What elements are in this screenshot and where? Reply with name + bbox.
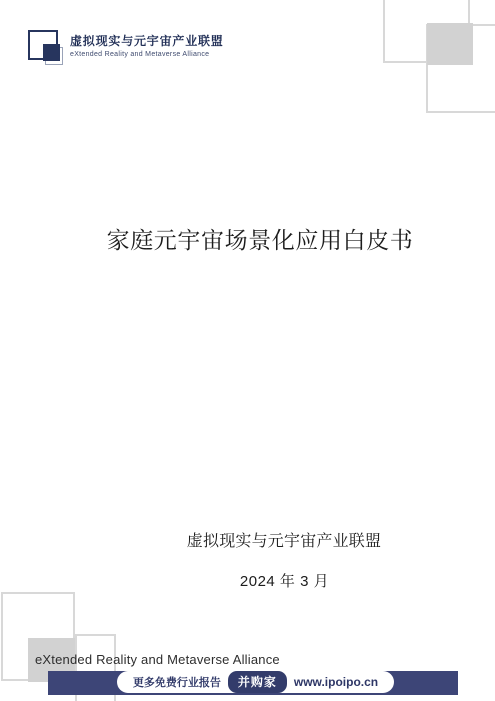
logo-solid-square: [43, 44, 60, 61]
alliance-name-en: eXtended Reality and Metaverse Alliance: [70, 51, 224, 58]
promo-label: 更多免费行业报告: [133, 674, 221, 690]
cover-organization: 虚拟现实与元宇宙产业联盟: [73, 528, 495, 551]
website-link[interactable]: www.ipoipo.cn: [294, 675, 378, 689]
alliance-logo: 虚拟现实与元宇宙产业联盟 eXtended Reality and Metave…: [28, 30, 224, 64]
alliance-logo-squares-icon: [28, 30, 62, 64]
cover-title: 家庭元宇宙场景化应用白皮书: [25, 222, 495, 255]
brand-badge[interactable]: 并购家: [228, 671, 287, 693]
alliance-logo-text: 虚拟现实与元宇宙产业联盟 eXtended Reality and Metave…: [70, 30, 224, 64]
footer-promo-bar: 更多免费行业报告 并购家 www.ipoipo.cn: [48, 671, 458, 695]
whitepaper-cover-page: 虚拟现实与元宇宙产业联盟 eXtended Reality and Metave…: [0, 0, 495, 701]
footer-alliance-name-en: eXtended Reality and Metaverse Alliance: [35, 652, 280, 667]
cover-date: 2024 年 3 月: [74, 570, 495, 591]
alliance-name-cn: 虚拟现实与元宇宙产业联盟: [70, 32, 224, 49]
footer-promo-link[interactable]: 更多免费行业报告 并购家 www.ipoipo.cn: [117, 671, 394, 693]
decor-square-top-right-fill: [427, 23, 473, 65]
